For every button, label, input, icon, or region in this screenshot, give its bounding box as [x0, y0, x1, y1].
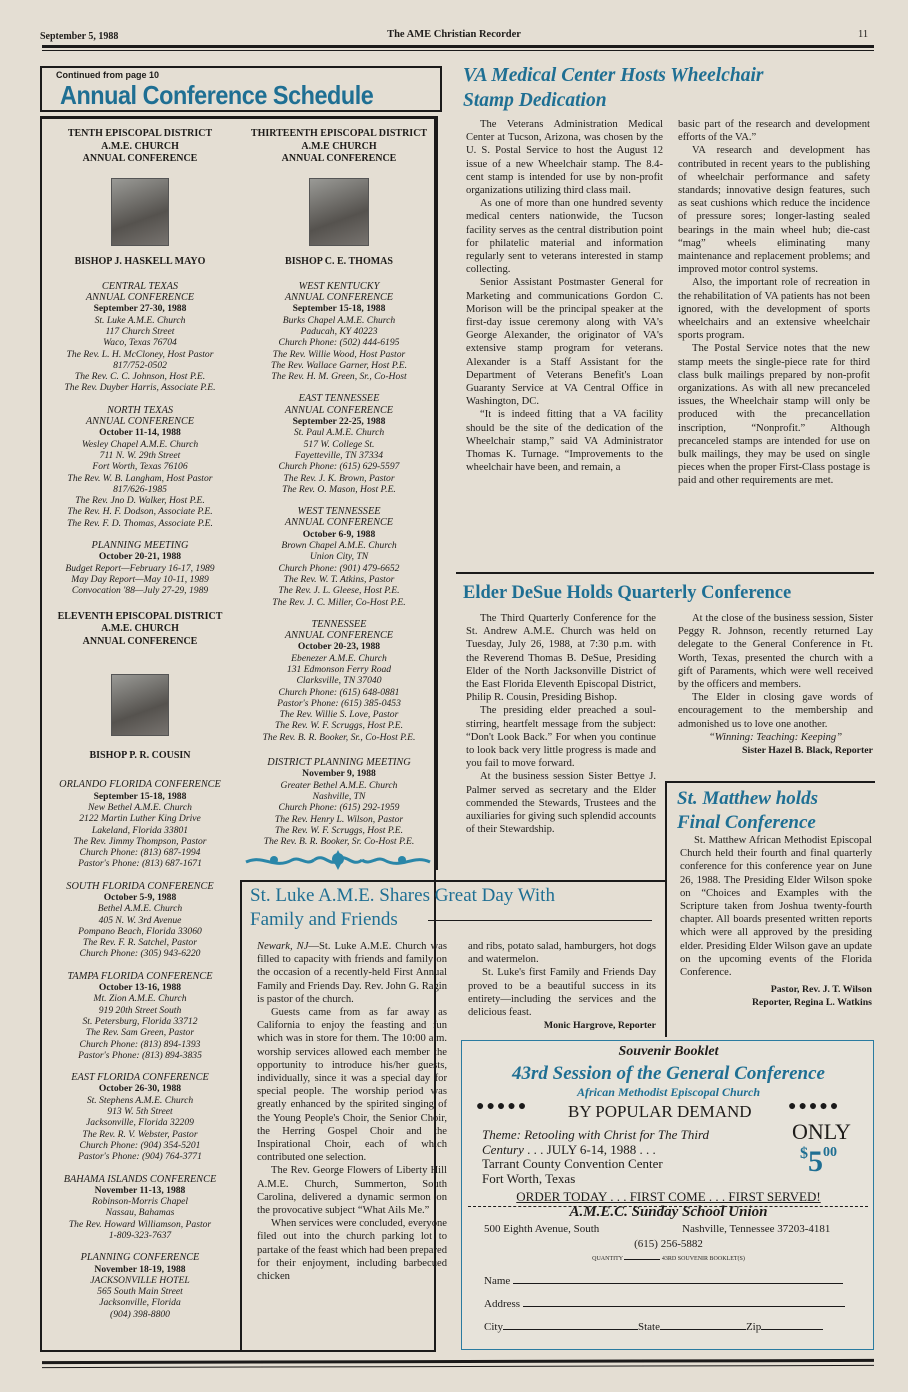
- souvenir-booklet-ad: Souvenir Booklet 43rd Session of the Gen…: [461, 1040, 874, 1350]
- article-divider: [456, 572, 874, 574]
- dots-right-icon: ●●●●●: [788, 1099, 840, 1115]
- ad-only: ONLY: [792, 1119, 851, 1145]
- district-heading: THIRTEENTH EPISCOPAL DISTRICT A.M.E CHUR…: [238, 128, 440, 166]
- city-state-zip-field[interactable]: CityStateZip: [484, 1321, 864, 1333]
- byline: Monic Hargrove, Reporter: [468, 1019, 656, 1032]
- conference-entry: TENNESSEE ANNUAL CONFERENCE October 20-2…: [238, 619, 440, 743]
- conference-entry: WEST TENNESSEE ANNUAL CONFERENCE October…: [238, 506, 440, 608]
- thirteenth-district-column: THIRTEENTH EPISCOPAL DISTRICT A.M.E CHUR…: [238, 128, 440, 847]
- zip-input[interactable]: [761, 1329, 823, 1330]
- desue-article-column-1: The Third Quarterly Conference for the S…: [466, 612, 656, 836]
- motto: “Winning: Teaching: Keeping”: [678, 731, 873, 744]
- va-article-headline: VA Medical Center Hosts Wheelchair Stamp…: [463, 63, 763, 113]
- bishop-name: BISHOP J. HASKELL MAYO: [42, 256, 238, 267]
- bishop-mayo-photo: [111, 178, 169, 246]
- st-matthew-headline: St. Matthew holds Final Conference: [677, 787, 818, 835]
- dateline: Newark, NJ: [257, 941, 308, 952]
- address-input[interactable]: [523, 1306, 845, 1307]
- name-field[interactable]: Name: [484, 1275, 859, 1287]
- quantity-field[interactable]: QUANTITY 43RD SOUVENIR BOOKLET(S): [462, 1256, 875, 1262]
- masthead-rule: [42, 45, 874, 48]
- publication-name: The AME Christian Recorder: [0, 29, 908, 40]
- conference-entry: EAST FLORIDA CONFERENCE October 26-30, 1…: [42, 1072, 238, 1162]
- page-number: 11: [858, 29, 868, 40]
- name-input[interactable]: [513, 1283, 843, 1284]
- st-luke-column-2: and ribs, potato salad, hamburgers, hot …: [468, 940, 656, 1032]
- conference-entry: ORLANDO FLORIDA CONFERENCE September 15-…: [42, 779, 238, 869]
- conference-entry: BAHAMA ISLANDS CONFERENCE November 11-13…: [42, 1174, 238, 1242]
- column-divider: [436, 116, 438, 870]
- column-gutter: [238, 118, 239, 870]
- st-luke-headline: St. Luke A.M.E. Shares Great Day With Fa…: [250, 884, 555, 932]
- conference-entry: TAMPA FLORIDA CONFERENCE October 13-16, …: [42, 971, 238, 1061]
- district-heading: ELEVENTH EPISCOPAL DISTRICT A.M.E. CHURC…: [42, 611, 238, 649]
- ad-kicker: Souvenir Booklet: [462, 1044, 875, 1060]
- bishop-name: BISHOP P. R. COUSIN: [42, 750, 238, 761]
- va-article-column-1: The Veterans Administration Medical Cent…: [466, 118, 663, 474]
- ad-phone: (615) 256-5882: [462, 1238, 875, 1250]
- ad-venue: Tarrant County Convention Center: [482, 1156, 663, 1172]
- ad-city: Fort Worth, Texas: [482, 1171, 575, 1187]
- ad-theme: Theme: Retooling with Christ for The Thi…: [482, 1127, 709, 1143]
- byline-pastor: Pastor, Rev. J. T. Wilson: [680, 983, 872, 996]
- bishop-name: BISHOP C. E. THOMAS: [238, 256, 440, 267]
- bishop-thomas-photo: [309, 178, 369, 246]
- ad-address-city: Nashville, Tennessee 37203-4181: [682, 1223, 830, 1235]
- byline-reporter: Reporter, Regina L. Watkins: [680, 996, 872, 1009]
- schedule-title: Annual Conference Schedule: [60, 80, 373, 111]
- ad-org: A.M.E.C. Sunday School Union: [462, 1204, 875, 1221]
- footer-rule: [42, 1359, 874, 1364]
- desue-article-headline: Elder DeSue Holds Quarterly Conference: [463, 583, 791, 604]
- st-matthew-body: St. Matthew African Methodist Episcopal …: [680, 834, 872, 1010]
- st-luke-column-1: Newark, NJ—St. Luke A.M.E. Church was fi…: [257, 940, 447, 1283]
- ad-order-line: ORDER TODAY . . . FIRST COME . . . FIRST…: [462, 1189, 875, 1205]
- byline: Sister Hazel B. Black, Reporter: [678, 744, 873, 757]
- bishop-cousin-photo: [111, 674, 169, 736]
- state-input[interactable]: [660, 1329, 746, 1330]
- ad-address-street: 500 Eighth Avenue, South: [484, 1223, 599, 1235]
- tenth-district-column: TENTH EPISCOPAL DISTRICT A.M.E. CHURCH A…: [42, 128, 238, 1320]
- district-planning-meeting-entry: DISTRICT PLANNING MEETING November 9, 19…: [238, 757, 440, 847]
- continued-note: Continued from page 10: [56, 70, 159, 80]
- headline-rule: [428, 920, 652, 921]
- scroll-ornament-icon: [244, 848, 432, 872]
- district-heading: TENTH EPISCOPAL DISTRICT A.M.E. CHURCH A…: [42, 128, 238, 166]
- address-field[interactable]: Address: [484, 1298, 859, 1310]
- conference-entry: NORTH TEXAS ANNUAL CONFERENCE October 11…: [42, 405, 238, 529]
- masthead-rule-thin: [42, 50, 874, 51]
- va-article-column-2: basic part of the research and developme…: [678, 118, 870, 488]
- conference-entry: EAST TENNESSEE ANNUAL CONFERENCE Septemb…: [238, 393, 440, 495]
- conference-entry: SOUTH FLORIDA CONFERENCE October 5-9, 19…: [42, 881, 238, 960]
- ad-price: $500: [800, 1145, 837, 1179]
- dots-left-icon: ●●●●●: [476, 1099, 528, 1115]
- ad-banner: BY POPULAR DEMAND: [568, 1102, 752, 1122]
- desue-article-column-2: At the close of the business session, Si…: [678, 612, 873, 757]
- planning-conference-entry: PLANNING CONFERENCE November 18-19, 1988…: [42, 1252, 238, 1320]
- city-input[interactable]: [503, 1329, 638, 1330]
- ad-subhead: African Methodist Episcopal Church: [462, 1085, 875, 1100]
- planning-meeting-entry: PLANNING MEETING October 20-21, 1988 Bud…: [42, 540, 238, 596]
- footer-rule-thin: [42, 1365, 874, 1368]
- ad-headline: 43rd Session of the General Conference: [462, 1063, 875, 1085]
- conference-entry: CENTRAL TEXAS ANNUAL CONFERENCE Septembe…: [42, 281, 238, 394]
- conference-entry: WEST KENTUCKY ANNUAL CONFERENCE Septembe…: [238, 281, 440, 383]
- schedule-header-box: Continued from page 10 Annual Conference…: [40, 66, 442, 112]
